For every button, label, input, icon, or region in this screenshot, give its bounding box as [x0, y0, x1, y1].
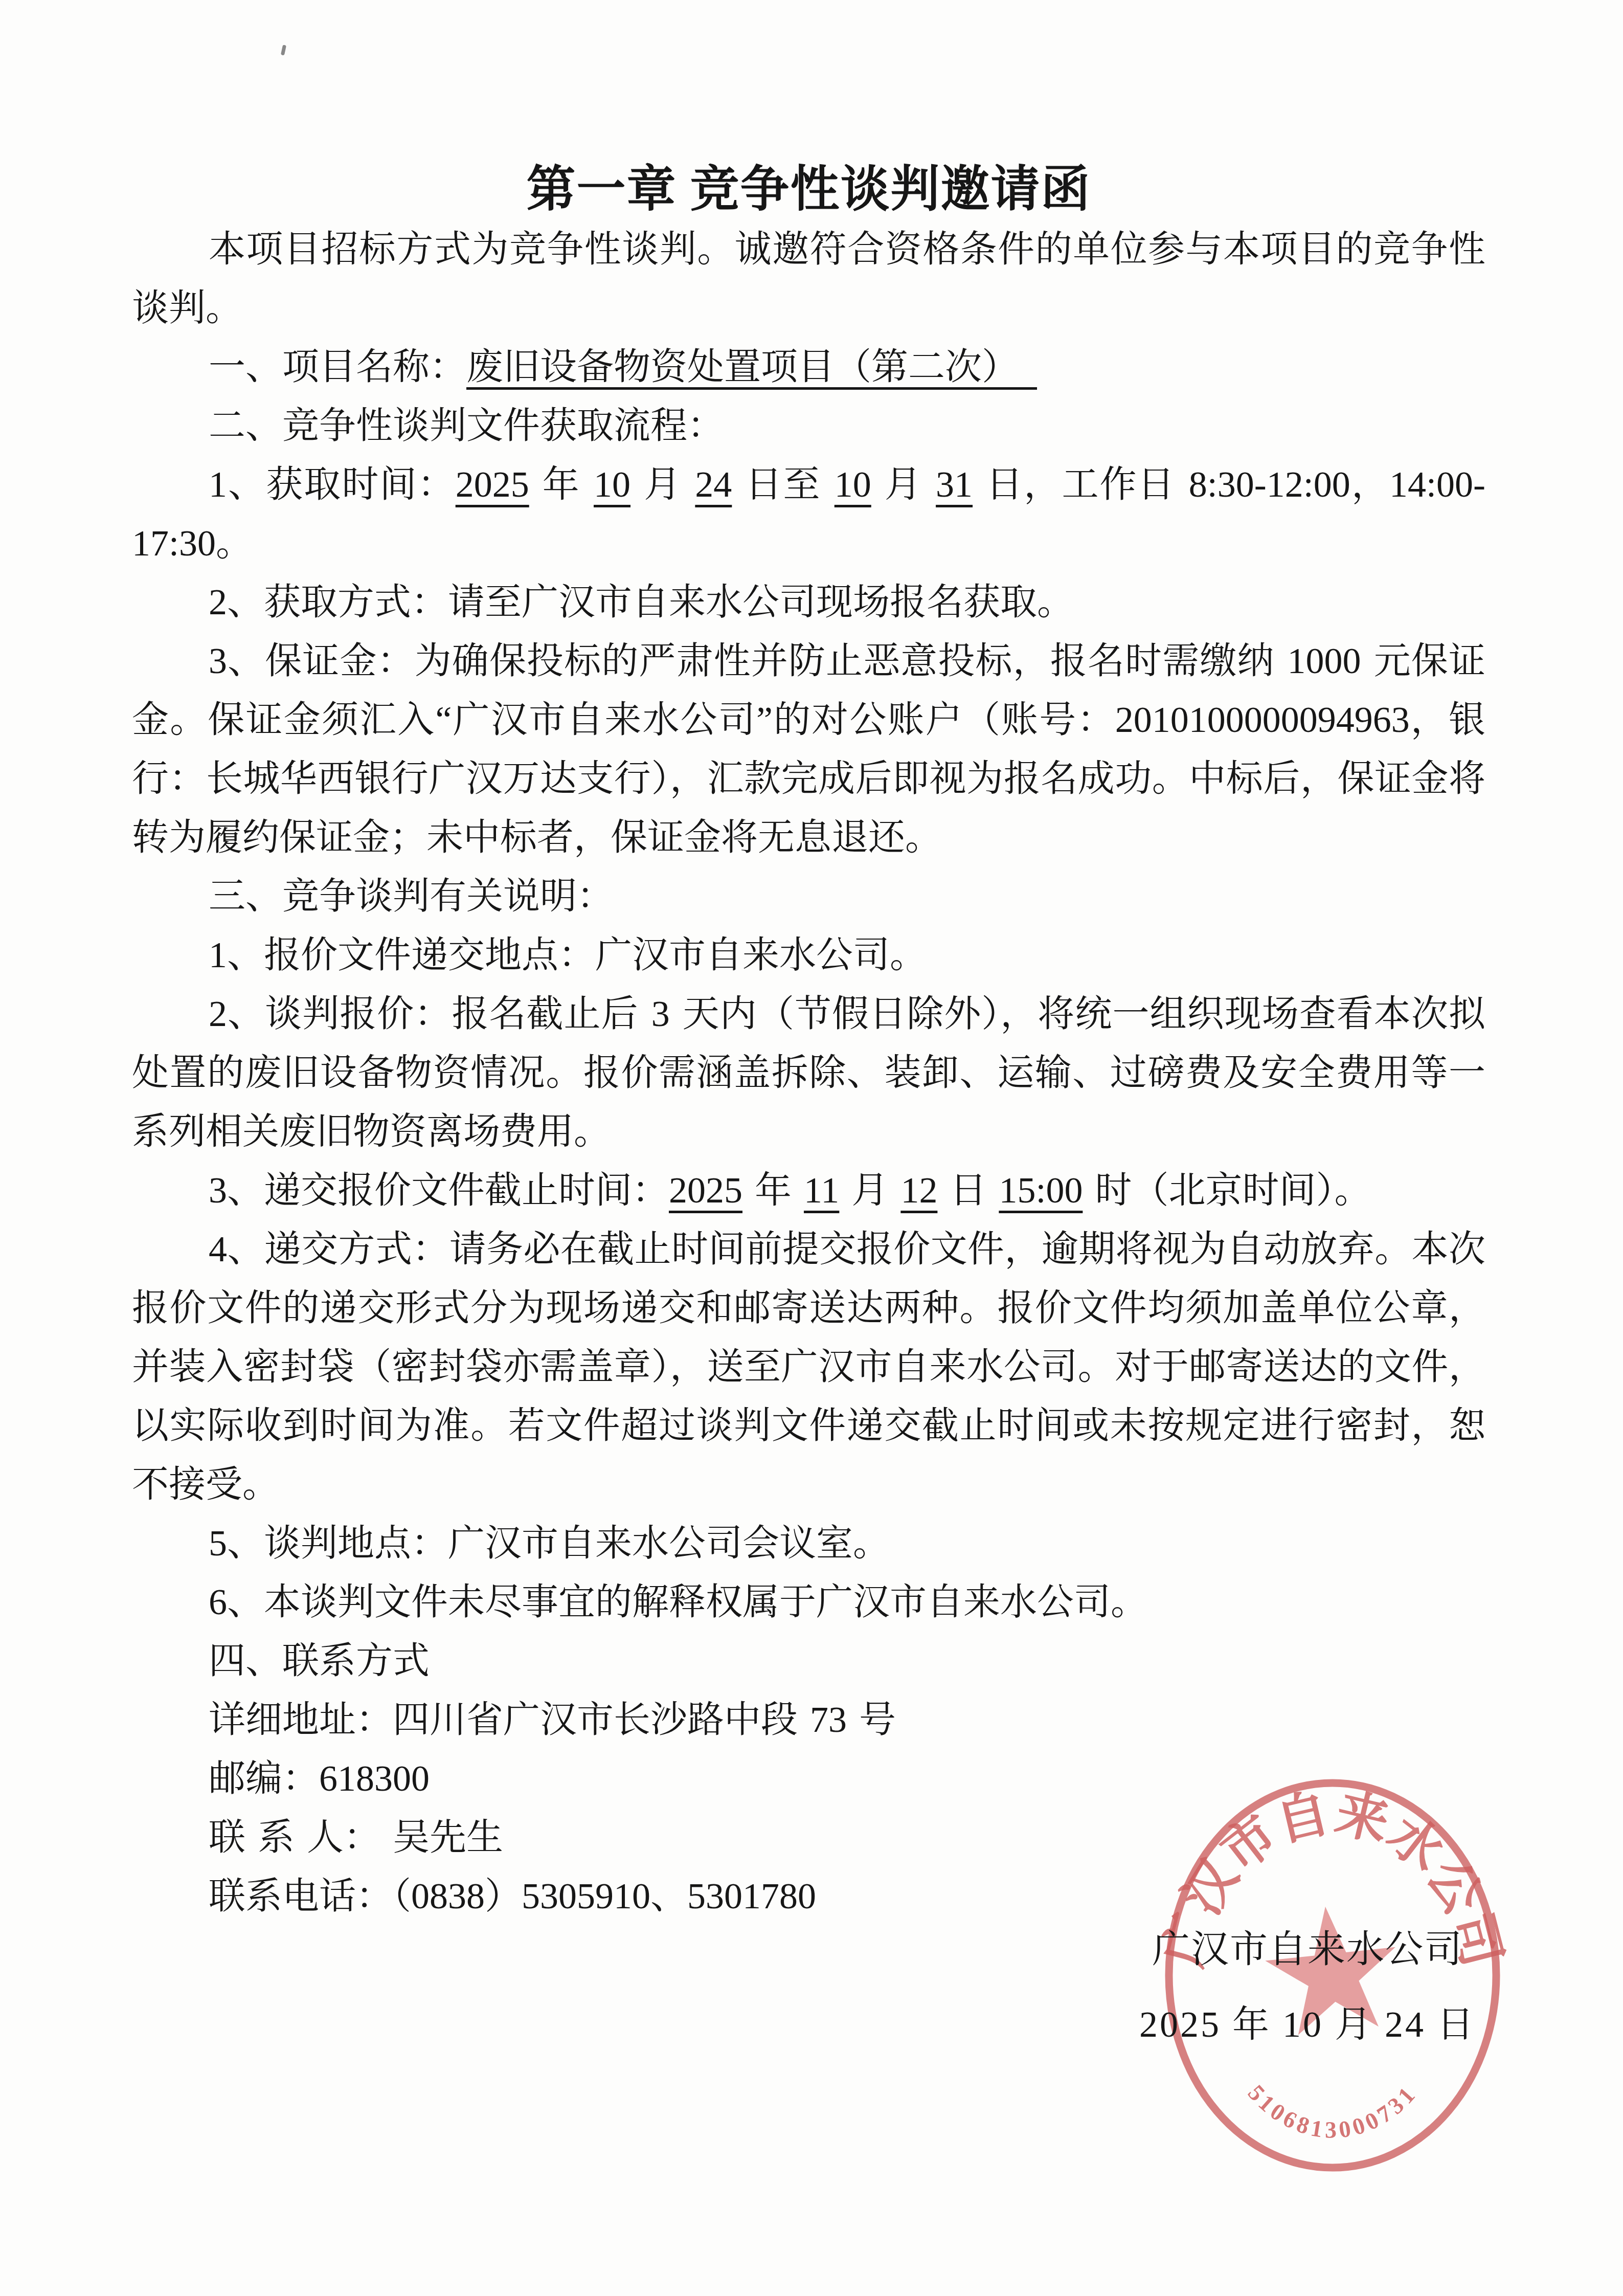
text-run: 4、递交方式：请务必在截止时间前提交报价文件，逾期将视为自动放弃。本次报价文件的… [132, 1229, 1485, 1505]
document-paragraph: 详细地址：四川省广汉市长沙路中段 73 号 [132, 1690, 1485, 1749]
document-paragraph: 二、竞争性谈判文件获取流程： [132, 396, 1485, 455]
document-paragraph: 3、递交报价文件截止时间：2025 年 11 月 12 日 15:00 时（北京… [132, 1161, 1485, 1220]
underlined-value: 24 [695, 464, 732, 505]
underlined-value: 2025 [669, 1170, 742, 1211]
text-run: 月 [630, 464, 695, 505]
document-paragraph: 4、递交方式：请务必在截止时间前提交报价文件，逾期将视为自动放弃。本次报价文件的… [132, 1220, 1485, 1514]
underlined-value: 10 [594, 464, 630, 505]
document-paragraph: 1、报价文件递交地点：广汉市自来水公司。 [132, 926, 1485, 985]
text-run: 2、获取方式：请至广汉市自来水公司现场报名获取。 [209, 582, 1074, 622]
signature-block: 广汉市自来水公司 2025 年 10 月 24 日 [1139, 1929, 1476, 2045]
text-run: 月 [871, 464, 936, 505]
document-paragraph: 1、获取时间：2025 年 10 月 24 日至 10 月 31 日，工作日 8… [132, 455, 1485, 573]
text-run: 三、竞争谈判有关说明： [209, 876, 614, 917]
document-paragraph: 三、竞争谈判有关说明： [132, 867, 1485, 926]
signature-company: 广汉市自来水公司 [1139, 1929, 1476, 1970]
underlined-value: 2025 [456, 464, 529, 505]
underlined-value: 废旧设备物资处置项目（第二次） [466, 346, 1037, 387]
document-paragraph: 2、谈判报价：报名截止后 3 天内（节假日除外），将统一组织现场查看本次拟处置的… [132, 985, 1485, 1161]
text-run: 2、谈判报价：报名截止后 3 天内（节假日除外），将统一组织现场查看本次拟处置的… [132, 993, 1485, 1152]
scan-speck-artifact [281, 44, 286, 55]
text-run: 时（北京时间）。 [1083, 1170, 1371, 1211]
document-paragraph: 2、获取方式：请至广汉市自来水公司现场报名获取。 [132, 573, 1485, 632]
underlined-value: 15:00 [999, 1170, 1083, 1211]
document-paragraph: 本项目招标方式为竞争性谈判。诚邀符合资格条件的单位参与本项目的竞争性谈判。 [132, 220, 1485, 338]
underlined-value: 12 [900, 1170, 937, 1211]
document-paragraph: 一、项目名称：废旧设备物资处置项目（第二次） [132, 338, 1485, 396]
text-run: 5、谈判地点：广汉市自来水公司会议室。 [209, 1523, 890, 1564]
text-run: 年 [742, 1170, 804, 1211]
seal-code-holder: 5106813000731 [1243, 2080, 1423, 2143]
text-run: 四、联系方式 [209, 1640, 430, 1681]
text-run: 1、获取时间： [209, 464, 456, 505]
text-run: 1、报价文件递交地点：广汉市自来水公司。 [209, 934, 927, 975]
text-run: 详细地址：四川省广汉市长沙路中段 73 号 [209, 1699, 896, 1740]
document-body: 本项目招标方式为竞争性谈判。诚邀符合资格条件的单位参与本项目的竞争性谈判。一、项… [132, 220, 1485, 1926]
document-page: 第一章 竞争性谈判邀请函 本项目招标方式为竞争性谈判。诚邀符合资格条件的单位参与… [0, 0, 1623, 2296]
text-run: 6、本谈判文件未尽事宜的解释权属于广汉市自来水公司。 [209, 1581, 1147, 1622]
signature-date: 2025 年 10 月 24 日 [1139, 2004, 1476, 2045]
text-run: 日 [937, 1170, 999, 1211]
document-paragraph: 四、联系方式 [132, 1632, 1485, 1690]
text-run: 一、项目名称： [209, 346, 466, 387]
text-run: 二、竞争性谈判文件获取流程： [209, 405, 724, 446]
document-paragraph: 6、本谈判文件未尽事宜的解释权属于广汉市自来水公司。 [132, 1573, 1485, 1632]
text-run: 联系电话：（0838）5305910、5301780 [209, 1876, 816, 1916]
document-paragraph: 5、谈判地点：广汉市自来水公司会议室。 [132, 1514, 1485, 1573]
document-title: 第一章 竞争性谈判邀请函 [132, 159, 1485, 220]
text-run: 邮编：618300 [209, 1758, 430, 1799]
underlined-value: 10 [835, 464, 871, 505]
text-run: 年 [529, 464, 594, 505]
text-run: 联 系 人： 吴先生 [209, 1817, 503, 1858]
text-run: 3、递交报价文件截止时间： [209, 1170, 669, 1211]
text-run: 3、保证金：为确保投标的严肃性并防止恶意投标，报名时需缴纳 1000 元保证金。… [132, 640, 1485, 858]
text-run: 本项目招标方式为竞争性谈判。诚邀符合资格条件的单位参与本项目的竞争性谈判。 [132, 229, 1485, 328]
text-run: 日至 [732, 464, 834, 505]
underlined-value: 31 [936, 464, 973, 505]
seal-code: 5106813000731 [1243, 2080, 1423, 2143]
text-run: 月 [839, 1170, 900, 1211]
document-paragraph: 3、保证金：为确保投标的严肃性并防止恶意投标，报名时需缴纳 1000 元保证金。… [132, 632, 1485, 867]
underlined-value: 11 [804, 1170, 839, 1211]
